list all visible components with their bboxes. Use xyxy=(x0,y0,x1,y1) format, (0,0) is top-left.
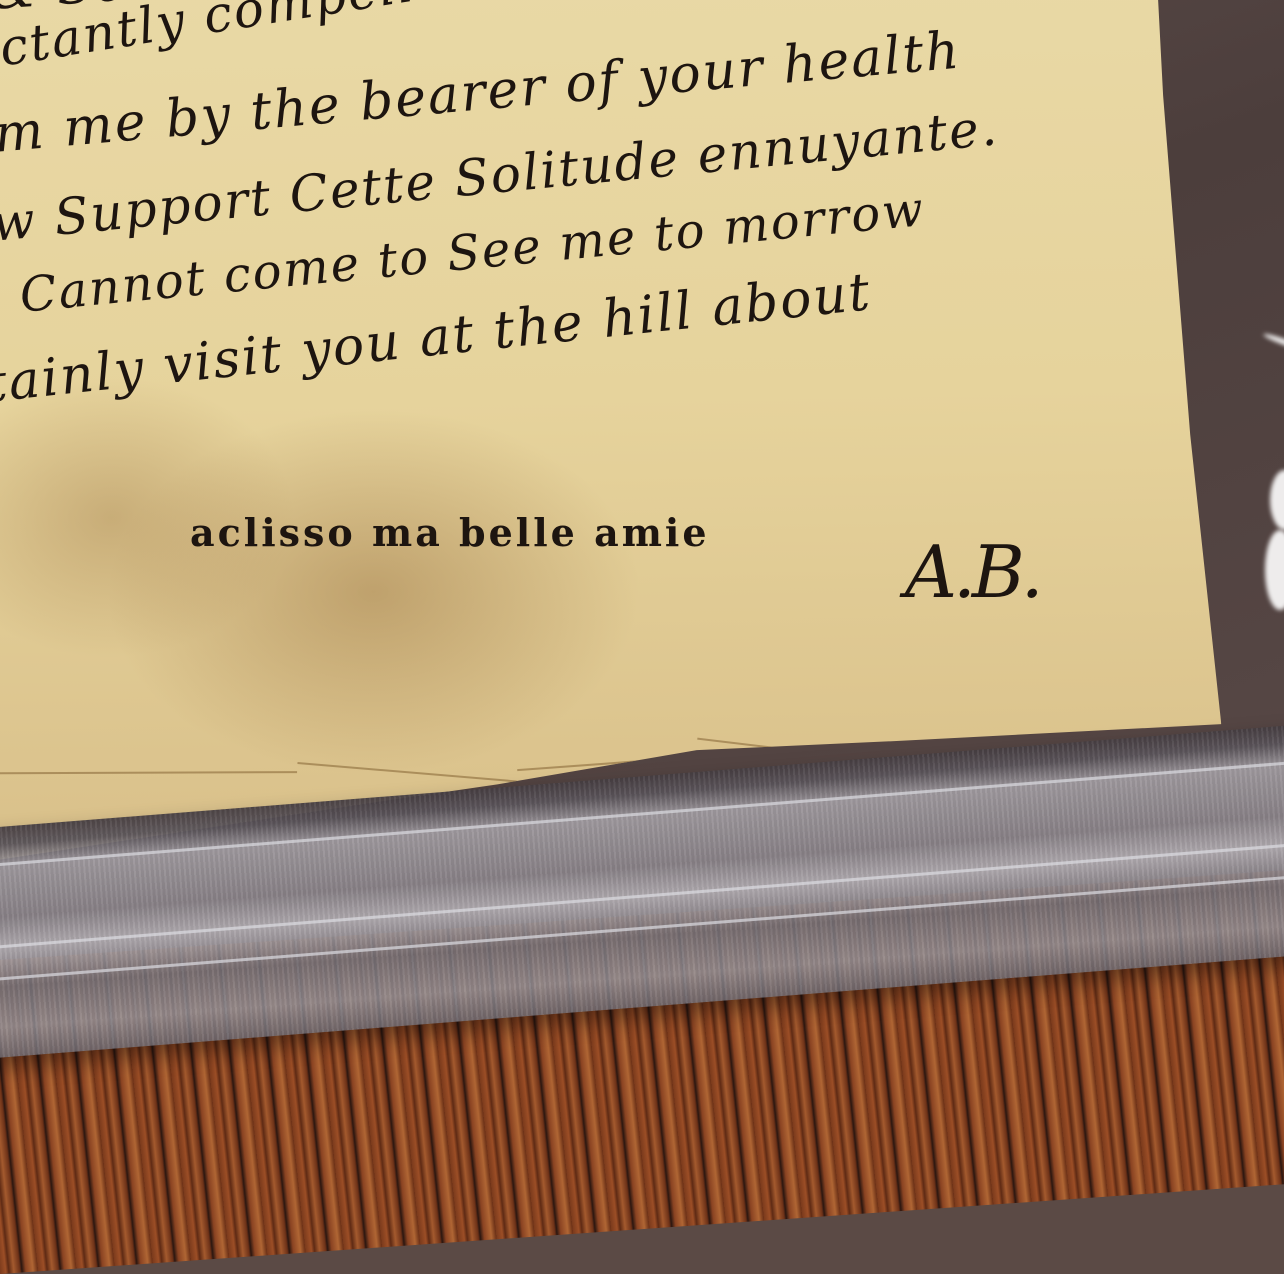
paper-tear xyxy=(0,771,297,774)
photo-scene: & Som ctantly compelled to return. m me … xyxy=(0,0,1284,1274)
signature: A.B. xyxy=(905,530,1040,614)
holder-ridge xyxy=(0,870,1284,983)
letter-closing: aclisso ma belle amie xyxy=(190,510,710,555)
paper-tear xyxy=(297,762,516,782)
glare-highlight xyxy=(1270,470,1284,530)
glare-highlight xyxy=(1265,530,1284,610)
glare-highlight xyxy=(1262,332,1284,355)
